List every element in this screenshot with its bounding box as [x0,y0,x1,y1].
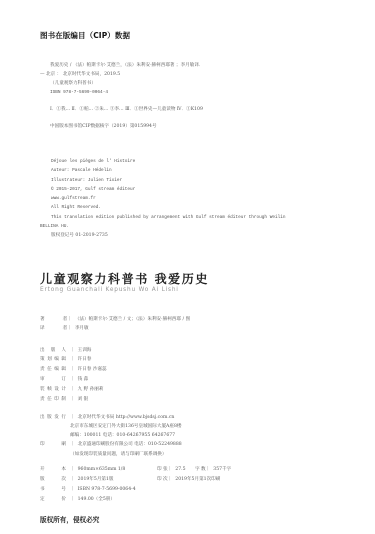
rights-notice: 版权所有，侵权必究 [40,514,99,524]
original-author: Auteur: Pascale Hédelin [51,168,112,173]
translation-agent: BELLINA HU. [40,224,69,229]
printer-label: 印 刷 [40,441,66,447]
separator: ｜ [70,415,75,420]
spec-label: 书 号 [40,486,66,492]
spec-label: 定 价 [40,496,66,502]
spec-row-edition: 版 次｜2019年5月第1版 印 次｜2019年5月第1次印刷 [40,476,360,482]
staff-value: 许日春 沙嘉蕊 [78,367,107,372]
credit-row-author: 著者｜（法）帕斯卡尔·艾德兰 / 文；（法）朱利安·赫柯西耶 / 图 [40,316,190,322]
credit-label: 译 [40,326,45,331]
staff-value: 王训海 [78,348,92,353]
separator: ｜ [70,497,75,502]
separator: ｜ [70,477,75,482]
spec-label: 印 次 [157,477,168,482]
separator: ｜ [70,348,75,353]
staff-row: 责任编辑｜许日春 沙嘉蕊 [40,366,107,372]
cip-line: — 北京 ： 北京时代华文书局，2019.5 [40,72,120,78]
staff-label: 策划编辑 [40,356,66,362]
credit-row-translator: 译者｜李月敏 [40,325,89,331]
spec-value: ISBN 978-7-5699-0064-4 [78,487,136,492]
separator: ｜ [67,317,72,322]
staff-label: 责任印制 [40,396,66,402]
spec-wordcount: 字 数｜357千字 [195,466,231,472]
cip-line: 我爱历史 / （法）帕斯卡尔·艾德兰，（法）朱利安·赫柯西耶著 ；李月敏译． [50,63,204,69]
staff-value: 许日春 [78,357,92,362]
spec-value: 149.00（全5册） [78,497,115,502]
staff-value: 刘 银 [78,397,89,402]
separator: ｜ [206,467,211,472]
staff-label: 审 订 [40,376,66,382]
spec-sheets: 印 张｜27.5 [157,466,186,472]
series-pinyin: Ertong Guanchali Kepushu Wo Ai Lishi [40,287,179,293]
printer-notice: （如发现印装质量问题，请与印刷厂联系调换） [70,451,166,457]
separator: ｜ [168,467,173,472]
spec-label: 版 次 [40,476,66,482]
spec-label: 印 张 [157,467,168,472]
cip-line: ISBN 978-7-5699-0064-4 [50,90,108,96]
spec-value: 960mm×635mm 1/8 [78,467,126,472]
staff-label: 装帧设计 [40,386,66,392]
staff-label: 责任编辑 [40,366,66,372]
spec-label: 开 本 [40,466,66,472]
original-rights: All Right Reserved. [51,205,101,210]
separator: ｜ [70,397,75,402]
spec-label: 字 数 [195,467,206,472]
series-title: 儿童观察力科普书 我爱历史 [40,270,209,287]
staff-value: 九 野 孙丽莉 [78,387,104,392]
printer-row: 印 刷｜北京盛通印刷股份有限公司 电话：010-52249888 [40,441,182,447]
separator: ｜ [67,326,72,331]
separator: ｜ [70,487,75,492]
separator: ｜ [70,387,75,392]
separator: ｜ [70,377,75,382]
separator: ｜ [70,357,75,362]
original-illustrator: Illustrateur: Julien Tixier [51,178,122,183]
credit-label: 著 [40,317,45,322]
publisher-contact: 邮编：100011 电话：010-64267955 64267677 [70,432,175,438]
staff-value: 钱 淼 [78,377,89,382]
original-website[interactable]: www.gulfstream.fr [51,196,96,201]
cip-line: （儿童观察力科普书） [50,81,96,87]
cip-line: Ⅰ．①我… Ⅱ．①帕… ②朱… ③李… Ⅲ．①世界史—儿童读物 Ⅳ．①K109 [50,107,203,113]
publisher-label: 出版发行 [40,414,66,420]
original-title: Déjoue les pièges de l' Histoire [51,159,135,164]
spec-printing: 印 次｜2019年5月第1次印刷 [157,476,220,482]
staff-label: 出版人 [40,347,66,353]
staff-row: 装帧设计｜九 野 孙丽莉 [40,386,104,392]
separator: ｜ [70,442,75,447]
publisher-name: 北京时代华文书局 http://www.bjsdsj.com.cn [78,415,175,420]
spec-value: 357千字 [213,467,231,472]
original-copyright: © 2015-2017, Gulf stream éditeur [51,187,135,192]
spec-value: 2019年5月第1次印刷 [175,477,220,482]
spec-row-format: 开 本｜960mm×635mm 1/8 印 张｜27.5 字 数｜357千字 [40,466,360,472]
separator: ｜ [70,467,75,472]
spec-row-isbn: 书 号｜ISBN 978-7-5699-0064-4 [40,486,136,492]
publisher-row: 出版发行｜北京时代华文书局 http://www.bjsdsj.com.cn [40,414,174,420]
cip-title: 图书在版编目（CIP）数据 [40,30,130,41]
separator: ｜ [168,477,173,482]
spec-row-price: 定 价｜149.00（全5册） [40,496,115,502]
spec-value: 2019年5月第1版 [78,477,114,482]
staff-row: 出版人｜王训海 [40,347,91,353]
spec-value: 27.5 [175,467,185,472]
credit-value: 李月敏 [75,326,89,331]
cip-line: 中国版本图书馆CIP数据核字（2019）第015994号 [50,124,157,130]
staff-row: 责任印制｜刘 银 [40,396,88,402]
translation-notice: This translation edition published by ar… [51,215,286,220]
printer-name: 北京盛通印刷股份有限公司 电话：010-52249888 [78,442,182,447]
staff-row: 审 订｜钱 淼 [40,376,88,382]
staff-row: 策划编辑｜许日春 [40,356,91,362]
credit-value: （法）帕斯卡尔·艾德兰 / 文；（法）朱利安·赫柯西耶 / 图 [75,317,190,322]
publisher-address: 北京市东城区安定门外大街136号皇城国际大厦A座8楼 [70,423,181,429]
copyright-registration: 版权登记号 01-2019-2735 [51,233,108,239]
separator: ｜ [70,367,75,372]
